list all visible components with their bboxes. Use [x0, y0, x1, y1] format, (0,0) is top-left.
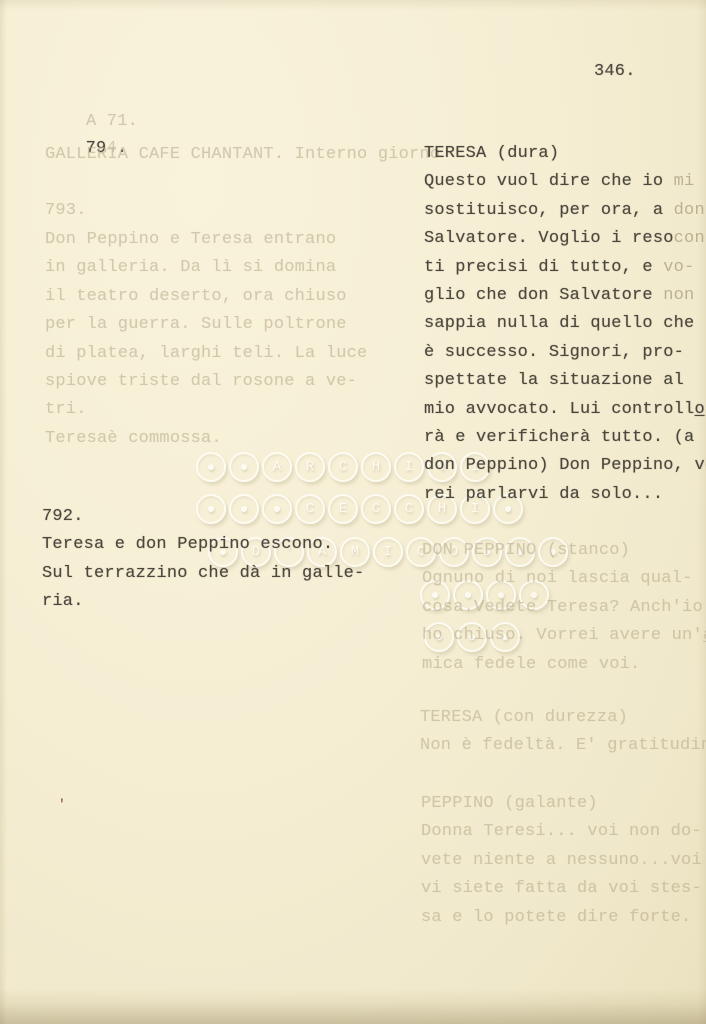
watermark-rosette: C: [361, 494, 391, 524]
text-line: ti precisi di tutto, e vo-: [424, 254, 706, 282]
text-line: sa e lo potete dire forte.: [421, 904, 702, 932]
faded-word: non: [663, 286, 694, 305]
text-line: Teresaè commossa.: [45, 425, 367, 453]
text-line: per la guerra. Sulle poltrone: [45, 311, 367, 339]
text-line: Ognuno di noi lascia qual-: [422, 565, 706, 593]
text-line: don Peppino) Don Peppino, vor̲: [424, 452, 706, 480]
watermark-rosette: C: [394, 494, 424, 524]
ghost-scene-fragment: A 71.: [86, 108, 138, 136]
watermark-rosette: [196, 452, 226, 482]
text-line: 793.: [45, 197, 87, 225]
text-line: sostituisco, per ora, a don: [424, 197, 706, 225]
ghost-dialogue-teresa-durezza: TERESA (con durezza)Non è fedeltà. E' gr…: [420, 704, 706, 761]
text-line: Salvatore. Voglio i resocon-: [424, 225, 706, 253]
text-line: glio che don Salvatore non: [424, 282, 706, 310]
text-line: GALLERIA CAFE CHANTANT. Interno giorno: [45, 141, 440, 169]
text-line: TERESA (con durezza): [420, 704, 706, 732]
ghost-dialogue-peppino-stanco: DON PEPPINO (stanco)Ognuno di noi lascia…: [422, 537, 706, 679]
text-line: Teresa e don Peppino escono.: [42, 531, 364, 559]
text-line: mio avvocato. Lui controllo̲: [424, 396, 706, 424]
watermark-dot: [241, 464, 247, 470]
watermark-rosette: [229, 452, 259, 482]
text-line: Sul terrazzino che dà in galle-: [42, 560, 364, 588]
ghost-action-block: Don Peppino e Teresa entranoin galleria.…: [45, 226, 367, 453]
faded-word: vo-: [663, 258, 694, 277]
text-line: PEPPINO (galante): [421, 790, 702, 818]
watermark-rosette: I: [394, 452, 424, 482]
faded-word: mi: [674, 172, 695, 191]
scene-792-action-block: 792.Teresa e don Peppino escono.Sul terr…: [42, 503, 364, 617]
text-line: sappia nulla di quello che: [424, 310, 706, 338]
text-line: mica fedele come voi.: [422, 651, 706, 679]
watermark-rosette: H: [361, 452, 391, 482]
text-line: tri.: [45, 396, 367, 424]
text-line: DON PEPPINO (stanco): [422, 537, 706, 565]
text-line: rà e verificherà tutto. (a: [424, 424, 706, 452]
text-line: ho chiuso. Vorrei avere un'a̲: [422, 622, 706, 650]
text-line: ria.: [42, 588, 364, 616]
text-line: di platea, larghi teli. La luce: [45, 340, 367, 368]
text-line: Don Peppino e Teresa entrano: [45, 226, 367, 254]
watermark-rosette: R: [295, 452, 325, 482]
ink-speck: ': [58, 797, 66, 812]
text-line: 792.: [42, 503, 364, 531]
text-line: vete niente a nessuno...voi: [421, 847, 702, 875]
script-page: ARCHIVICECCHID'AMICO 346. 794. A 71. GAL…: [0, 0, 706, 1024]
text-line: spettate la situazione al: [424, 367, 706, 395]
ghost-scene-number-793: 793.: [45, 197, 87, 225]
watermark-rosette: A: [262, 452, 292, 482]
text-line: TERESA (dura): [424, 140, 706, 168]
text-line: rei parlarvi da solo...: [424, 481, 706, 509]
ghost-dialogue-peppino-galante: PEPPINO (galante)Donna Teresi... voi non…: [421, 790, 702, 932]
faded-word: con-: [674, 229, 706, 248]
text-line: cosa.Vedete Teresa? Anch'io: [422, 594, 706, 622]
dialogue-teresa-dura: TERESA (dura)Questo vuol dire che io mis…: [424, 140, 706, 509]
faded-word: don: [674, 201, 705, 220]
watermark-dot: [208, 464, 214, 470]
text-line: in galleria. Da lì si domina: [45, 254, 367, 282]
text-line: il teatro deserto, ora chiuso: [45, 283, 367, 311]
text-line: spiove triste dal rosone a ve-: [45, 368, 367, 396]
text-line: Questo vuol dire che io mi: [424, 168, 706, 196]
text-line: è successo. Signori, pro-: [424, 339, 706, 367]
page-number: 346.: [594, 58, 636, 86]
text-line: vi siete fatta da voi stes-: [421, 875, 702, 903]
text-line: Donna Teresi... voi non do-: [421, 818, 702, 846]
ghost-slugline-galleria: GALLERIA CAFE CHANTANT. Interno giorno: [45, 141, 440, 169]
text-line: Non è fedeltà. E' gratitudine.: [420, 732, 706, 760]
watermark-rosette: C: [328, 452, 358, 482]
watermark-rosette: I: [373, 537, 403, 567]
